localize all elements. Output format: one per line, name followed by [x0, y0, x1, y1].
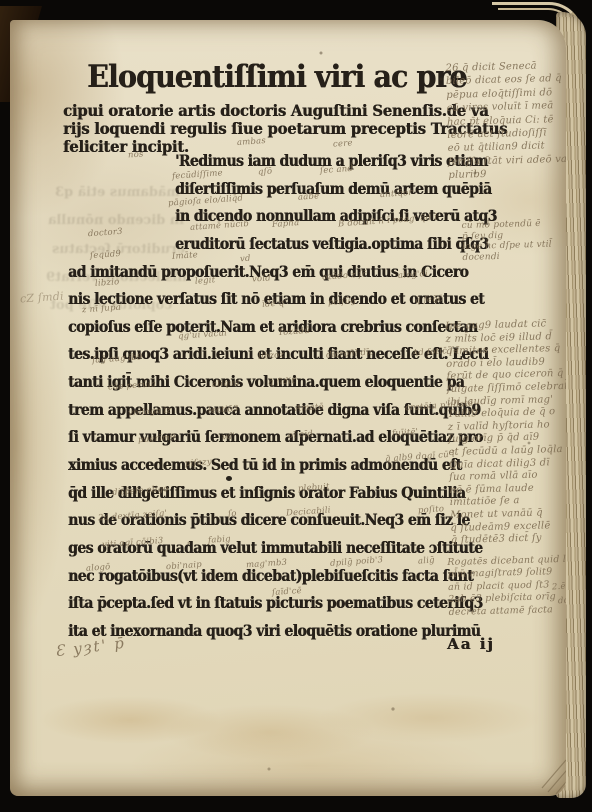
gloss-note: libzio — [95, 277, 120, 289]
gloss-note: puerīm9 — [138, 433, 176, 446]
gloss-note: ſeqūd9 — [90, 249, 122, 261]
gloss-note: alog'di — [398, 269, 429, 281]
gloss-note: Amatō — [295, 402, 324, 414]
book-photo: mādamus etiā q3in dicendo nōnullaerudito… — [0, 0, 592, 812]
gloss-note: ſaīd'cē — [272, 586, 303, 598]
gloss-note: plebuit — [298, 482, 330, 494]
gloss-note: fuīitē' — [392, 427, 419, 439]
gloss-note: vd — [240, 254, 251, 265]
gloss-note: fecūdiſſime — [172, 168, 223, 182]
gloss-note: dicron̄ī dīc — [326, 347, 375, 360]
gloss-note: libzoz — [258, 350, 285, 362]
gloss-note: oratōia p'allatē — [405, 399, 474, 414]
gloss-note: legit — [195, 275, 216, 286]
gloss-note: alogō — [86, 562, 111, 574]
gloss-note: z nī ſup̄a — [82, 303, 122, 316]
gloss-note: 2.ē — [552, 582, 566, 593]
gloss-note: cZ ſmdi — [20, 289, 65, 305]
gloss-note: Ad ſotīc̄ ſe — [412, 345, 459, 358]
gloss-note: vnlioga īz — [128, 406, 172, 419]
gloss-note: ambas — [237, 136, 267, 148]
gloss-note: ſaḡ aug ib9 — [92, 352, 143, 366]
gloss-note: poſito — [418, 504, 445, 516]
gloss-note: cere — [333, 138, 353, 149]
ink-blot — [226, 476, 232, 481]
gloss-note: 2a dextīg zeiſg' — [98, 509, 168, 524]
gloss-note: q̄ alb9 dogī cū ī — [385, 450, 455, 465]
gloss-note: obi'naip — [166, 560, 203, 572]
gloss-note: oī oīd — [288, 429, 314, 441]
gloss-note: lectiō3 — [208, 404, 239, 416]
book-page: mādamus etiā q3in dicendo nōnullaerudito… — [10, 20, 566, 796]
gloss-note: viti ogī cōibi3 — [102, 536, 164, 550]
gloss-note: q̄g'uī vacui — [178, 328, 228, 341]
gloss-note: aliḡ — [418, 555, 435, 566]
gloss-note: Decicabili — [286, 505, 331, 518]
gloss-note: doctor3 — [88, 227, 123, 239]
gloss-note: qſō — [258, 167, 273, 178]
gloss-note: q̄ ſeq̄c̄ — [415, 294, 443, 306]
gloss-layer: ambascerenosfecūdiſſimeqſōſec and̄pāgioſ… — [10, 20, 566, 796]
gloss-note: nos — [128, 149, 144, 160]
gloss-note: aliqua — [212, 378, 240, 390]
foxing-specks — [10, 20, 12, 22]
gloss-note: piſazy — [185, 457, 212, 469]
gloss-note: pāgioſa elo/aliq̄d — [168, 193, 244, 208]
gloss-note: Fapha — [272, 218, 300, 230]
gloss-note: vd' — [222, 432, 236, 443]
gloss-note: dit̄p̄eſe oligo — [112, 484, 169, 498]
gloss-note: aabē — [298, 191, 320, 202]
gloss-note: dpilḡ poib'3 — [330, 555, 384, 569]
gloss-note: dc — [558, 596, 566, 607]
gloss-note: vold — [252, 273, 272, 284]
gloss-note: ozādo z ſc̄ — [322, 269, 368, 282]
gloss-note: īdē q' — [262, 298, 288, 310]
gloss-note: ſo — [228, 509, 237, 520]
gloss-note: q̄ ſidit' — [268, 376, 298, 388]
gloss-note: attamē nūcib — [190, 219, 250, 233]
gloss-note: fabig — [208, 534, 231, 546]
corner-pen-marks — [536, 748, 566, 794]
gloss-note: Tozadū — [278, 326, 310, 338]
gloss-note: pciſūg — [328, 296, 357, 308]
gloss-note: cāo pecūia — [108, 379, 157, 392]
gloss-note: B docuīt n̄ ī poag' q̄d ī — [338, 213, 438, 230]
gloss-note: mag'mb3 — [246, 558, 288, 571]
gloss-note: antiq̄or — [380, 188, 413, 200]
gloss-note: ſec and̄ — [320, 164, 354, 176]
gloss-note: Imāte — [172, 250, 199, 262]
